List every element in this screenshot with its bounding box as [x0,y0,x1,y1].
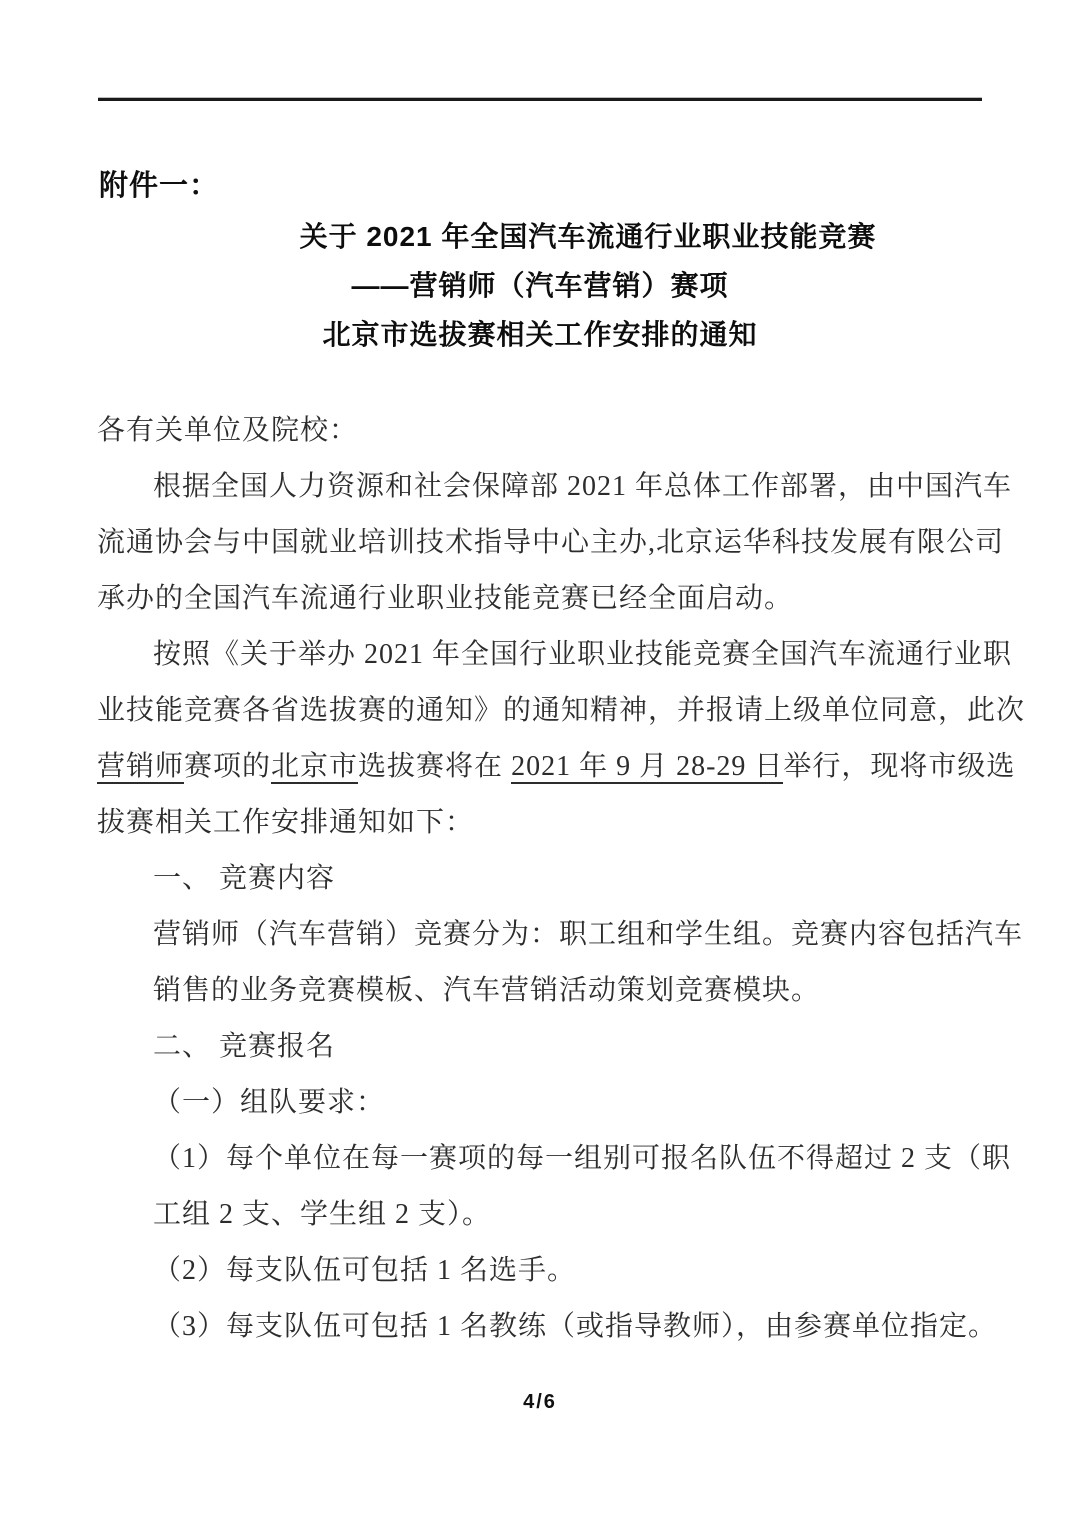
title-line-3: 北京市选拔赛相关工作安排的通知 [0,310,1080,359]
body-text: 举行，现将市级选 [783,751,1015,782]
body-text: 一、 竞赛内容 [153,863,335,894]
body-line: （3）每支队伍可包括 1 名教练（或指导教师），由参赛单位指定。 [97,1299,985,1355]
document-body: 各有关单位及院校：根据全国人力资源和社会保障部 2021 年总体工作部署，由中国… [97,403,985,1355]
body-text: （1）每个单位在每一赛项的每一组别可报名队伍不得超过 2 支（职 [153,1143,1011,1174]
underlined-text: 营销师 [97,751,184,784]
body-line: 一、 竞赛内容 [97,851,985,907]
header-rule [98,97,982,101]
body-text: （一）组队要求： [153,1087,385,1118]
body-line: 销售的业务竞赛模板、汽车营销活动策划竞赛模块。 [97,963,985,1019]
body-text: 按照《关于举办 2021 年全国行业职业技能竞赛全国汽车流通行业职 [153,639,1012,670]
body-text: 二、 竞赛报名 [153,1031,335,1062]
document-page: 附件一： 关于 2021 年全国汽车流通行业职业技能竞赛 ——营销师（汽车营销）… [0,0,1080,1527]
body-line: 工组 2 支、学生组 2 支）。 [97,1187,985,1243]
body-line: 营销师（汽车营销）竞赛分为：职工组和学生组。竞赛内容包括汽车 [97,907,985,963]
body-line: 流通协会与中国就业培训技术指导中心主办,北京运华科技发展有限公司 [97,515,985,571]
title-line-1: 关于 2021 年全国汽车流通行业职业技能竞赛 [48,212,1080,261]
page-number: 4/6 [0,1391,1080,1414]
body-line: 按照《关于举办 2021 年全国行业职业技能竞赛全国汽车流通行业职 [97,627,985,683]
body-line: 拔赛相关工作安排通知如下： [97,795,985,851]
body-line: 承办的全国汽车流通行业职业技能竞赛已经全面启动。 [97,571,985,627]
body-line: 根据全国人力资源和社会保障部 2021 年总体工作部署，由中国汽车 [97,459,985,515]
body-text: 选拔赛将在 [358,751,511,782]
body-line: （一）组队要求： [97,1075,985,1131]
body-text: 拔赛相关工作安排通知如下： [97,807,474,838]
body-text: （3）每支队伍可包括 1 名教练（或指导教师），由参赛单位指定。 [153,1311,997,1342]
body-text: 业技能竞赛各省选拔赛的通知》的通知精神，并报请上级单位同意，此次 [97,695,1025,726]
body-line: 营销师赛项的北京市选拔赛将在 2021 年 9 月 28-29 日举行，现将市级… [97,739,985,795]
body-line: 二、 竞赛报名 [97,1019,985,1075]
body-text: 各有关单位及院校： [97,415,358,446]
underlined-text: 北京市 [271,751,358,784]
body-line: 业技能竞赛各省选拔赛的通知》的通知精神，并报请上级单位同意，此次 [97,683,985,739]
document-title: 关于 2021 年全国汽车流通行业职业技能竞赛 ——营销师（汽车营销）赛项 北京… [0,212,1080,359]
body-text: 赛项的 [184,751,271,782]
body-text: 销售的业务竞赛模板、汽车营销活动策划竞赛模块。 [153,975,820,1006]
title-line-2: ——营销师（汽车营销）赛项 [0,261,1080,310]
body-text: 工组 2 支、学生组 2 支）。 [153,1199,491,1230]
attachment-label: 附件一： [99,163,219,204]
body-line: 各有关单位及院校： [97,403,985,459]
body-line: （2）每支队伍可包括 1 名选手。 [97,1243,985,1299]
body-text: 营销师（汽车营销）竞赛分为：职工组和学生组。竞赛内容包括汽车 [153,919,1023,950]
underlined-text: 2021 年 9 月 28-29 日 [511,751,783,784]
body-text: 承办的全国汽车流通行业职业技能竞赛已经全面启动。 [97,583,793,614]
body-text: （2）每支队伍可包括 1 名选手。 [153,1255,576,1286]
body-text: 流通协会与中国就业培训技术指导中心主办,北京运华科技发展有限公司 [97,527,1004,558]
body-text: 根据全国人力资源和社会保障部 2021 年总体工作部署，由中国汽车 [153,471,1012,502]
body-line: （1）每个单位在每一赛项的每一组别可报名队伍不得超过 2 支（职 [97,1131,985,1187]
